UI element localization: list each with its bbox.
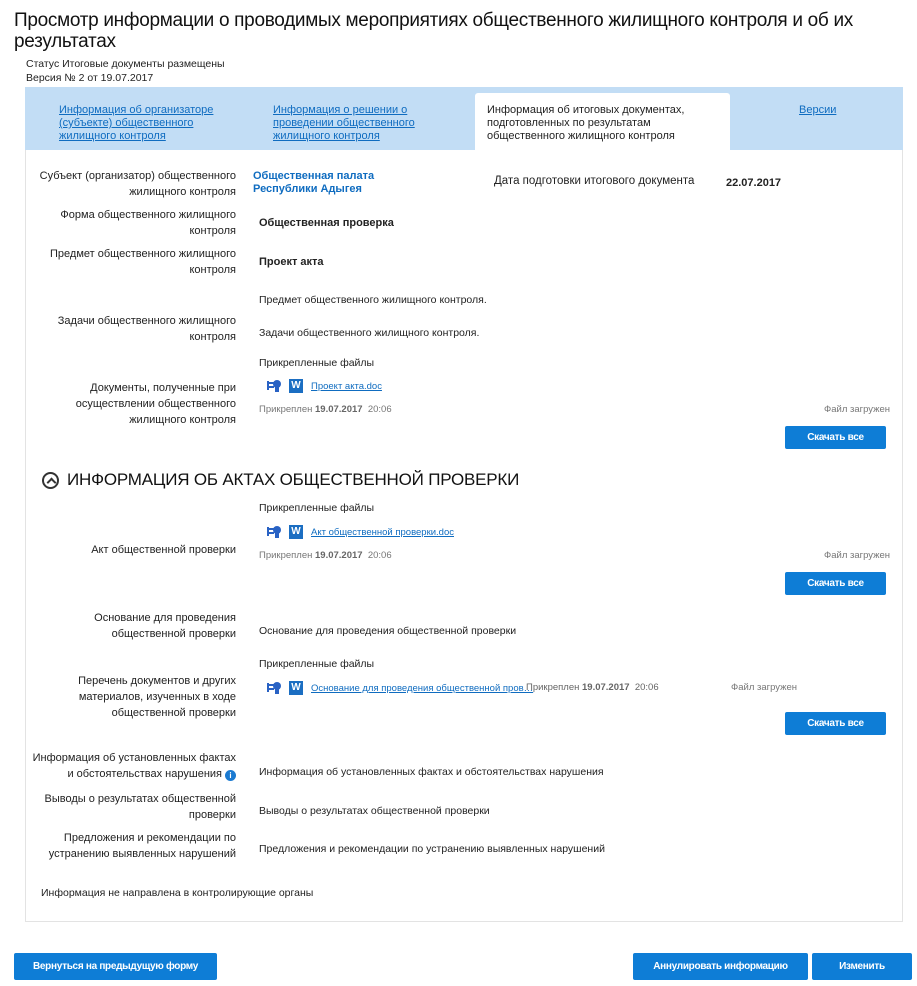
act-file-status: Файл загружен (824, 550, 890, 561)
act-label: Акт общественной проверки (26, 542, 236, 558)
facts-value: Информация об установленных фактах и обс… (259, 765, 604, 779)
subject-matter-value: Проект акта (259, 255, 324, 269)
tasks-label: Задачи общественного жилищного контроля (26, 313, 236, 345)
docs-list-file-row: W Основание для проведения общественной … (267, 681, 533, 695)
status-text: Статус Итоговые документы размещены (26, 58, 225, 70)
tab-versions[interactable]: Версии (799, 104, 836, 117)
page-title: Просмотр информации о проводимых меропри… (14, 10, 894, 52)
info-icon[interactable]: i (225, 770, 236, 781)
date-label: Дата подготовки итогового документа (494, 174, 694, 188)
attached-time: 20:06 (635, 682, 659, 693)
acts-section-header[interactable]: ИНФОРМАЦИЯ ОБ АКТАХ ОБЩЕСТВЕННОЙ ПРОВЕРК… (42, 470, 519, 490)
word-file-icon: W (289, 379, 303, 393)
subject-matter-desc: Предмет общественного жилищного контроля… (259, 293, 487, 307)
form-value: Общественная проверка (259, 216, 394, 230)
tab-final-documents[interactable]: Информация об итоговых документах, подго… (475, 93, 730, 150)
not-sent-note: Информация не направлена в контролирующи… (41, 886, 313, 900)
download-all-docs-button[interactable]: Скачать все (785, 712, 886, 735)
docs-list-attached-info: Прикреплен 19.07.2017 20:06 (526, 682, 659, 693)
subject-value: Общественная палата Республики Адыгея (253, 170, 383, 196)
proposals-label: Предложения и рекомендации по устранению… (26, 830, 236, 862)
download-all-button[interactable]: Скачать все (785, 426, 886, 449)
attached-date: 19.07.2017 (315, 550, 363, 561)
tab-versions-link[interactable]: Версии (799, 104, 836, 116)
basis-value: Основание для проведения общественной пр… (259, 624, 516, 638)
proposals-value: Предложения и рекомендации по устранению… (259, 842, 605, 856)
attached-date: 19.07.2017 (315, 404, 363, 415)
attached-date: 19.07.2017 (582, 682, 630, 693)
attached-files-label: Прикрепленные файлы (259, 356, 374, 370)
attached-prefix: Прикреплен (259, 550, 312, 561)
tab-decision-info[interactable]: Информация о решении о проведении общест… (273, 104, 463, 143)
tab-organizer-info[interactable]: Информация об организаторе (субъекте) об… (59, 104, 249, 143)
date-value: 22.07.2017 (726, 176, 781, 190)
attached-prefix: Прикреплен (526, 682, 579, 693)
annul-button[interactable]: Аннулировать информацию (633, 953, 808, 980)
basis-label: Основание для проведения общественной пр… (26, 610, 236, 642)
attached-info: Прикреплен 19.07.2017 20:06 (259, 404, 392, 415)
conclusions-label: Выводы о результатах общественной провер… (26, 791, 236, 823)
tab-organizer-link[interactable]: Информация об организаторе (субъекте) об… (59, 104, 213, 142)
form-label: Форма общественного жилищного контроля (26, 207, 236, 239)
tab-strip: Информация об организаторе (субъекте) об… (25, 87, 903, 150)
back-button[interactable]: Вернуться на предыдущую форму (14, 953, 217, 980)
tasks-value: Задачи общественного жилищного контроля. (259, 326, 479, 340)
word-file-icon: W (289, 525, 303, 539)
file-status: Файл загружен (824, 404, 890, 415)
subject-matter-label: Предмет общественного жилищного контроля (26, 246, 236, 278)
signature-icon[interactable] (267, 380, 281, 392)
signature-icon[interactable] (267, 682, 281, 694)
docs-list-file-status: Файл загружен (731, 682, 797, 693)
docs-label: Документы, полученные при осуществлении … (26, 380, 236, 428)
signature-icon[interactable] (267, 526, 281, 538)
act-file-row: W Акт общественной проверки.doc (267, 525, 454, 539)
word-file-icon: W (289, 681, 303, 695)
edit-button[interactable]: Изменить (812, 953, 912, 980)
docs-list-label: Перечень документов и других материалов,… (26, 673, 236, 721)
act-attached-files-label: Прикрепленные файлы (259, 501, 374, 515)
download-all-acts-button[interactable]: Скачать все (785, 572, 886, 595)
tab-decision-link[interactable]: Информация о решении о проведении общест… (273, 104, 415, 142)
attached-prefix: Прикреплен (259, 404, 312, 415)
conclusions-value: Выводы о результатах общественной провер… (259, 804, 490, 818)
file-row: W Проект акта.doc (267, 379, 382, 393)
docs-list-file-link[interactable]: Основание для проведения общественной пр… (311, 683, 533, 694)
file-link[interactable]: Проект акта.doc (311, 381, 382, 392)
attached-time: 20:06 (368, 550, 392, 561)
attached-time: 20:06 (368, 404, 392, 415)
acts-section-title: ИНФОРМАЦИЯ ОБ АКТАХ ОБЩЕСТВЕННОЙ ПРОВЕРК… (67, 470, 519, 490)
collapse-chevron-icon[interactable] (42, 472, 59, 489)
subject-label: Субъект (организатор) общественного жили… (26, 168, 236, 200)
content-panel: Субъект (организатор) общественного жили… (25, 150, 903, 922)
version-text: Версия № 2 от 19.07.2017 (26, 72, 153, 84)
facts-label-text: Информация об установленных фактах и обс… (33, 752, 236, 780)
act-attached-info: Прикреплен 19.07.2017 20:06 (259, 550, 392, 561)
act-file-link[interactable]: Акт общественной проверки.doc (311, 527, 454, 538)
facts-label: Информация об установленных фактах и обс… (26, 750, 236, 782)
docs-list-attached-label: Прикрепленные файлы (259, 657, 374, 671)
